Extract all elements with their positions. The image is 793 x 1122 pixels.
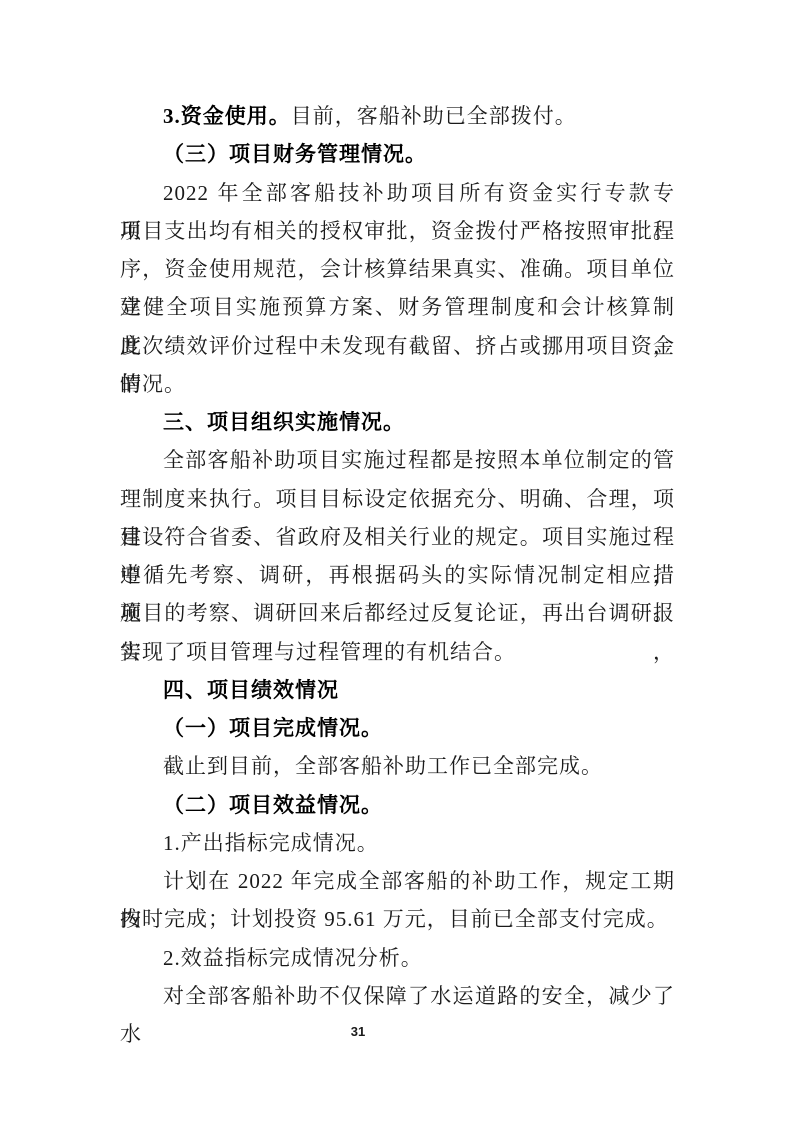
body-text: 2.效益指标完成情况分析。: [163, 946, 423, 970]
text-line: 四、项目绩效情况: [120, 671, 675, 709]
page-number: 31: [338, 1024, 378, 1039]
text-line: 计划在 2022 年完成全部客船的补助工作，规定工期内: [120, 862, 675, 900]
body-text: 实现了项目管理与过程管理的有机结合。: [120, 640, 516, 664]
body-text: 1.产出指标完成情况。: [163, 831, 379, 855]
text-line: 立健全项目实施预算方案、财务管理制度和会计核算制度，: [120, 288, 675, 326]
text-line: 3.资金使用。目前，客船补助已全部拨付。: [120, 97, 675, 135]
text-line: 三、项目组织实施情况。: [120, 403, 675, 441]
text-line: 遵循先考察、调研，再根据码头的实际情况制定相应措施。: [120, 556, 675, 594]
body-text: 目前，客船补助已全部拨付。: [291, 104, 577, 128]
document-page: 3.资金使用。目前，客船补助已全部拨付。（三）项目财务管理情况。2022 年全部…: [0, 0, 793, 1122]
text-line: 2.效益指标完成情况分析。: [120, 939, 675, 977]
document-body: 3.资金使用。目前，客船补助已全部拨付。（三）项目财务管理情况。2022 年全部…: [120, 97, 675, 1015]
text-line: 序，资金使用规范，会计核算结果真实、准确。项目单位建: [120, 250, 675, 288]
text-line: （三）项目财务管理情况。: [120, 135, 675, 173]
body-text: 截止到目前，全部客船补助工作已全部完成。: [163, 754, 603, 778]
text-line: 按时完成；计划投资 95.61 万元，目前已全部支付完成。: [120, 900, 675, 938]
heading-text: 三、项目组织实施情况。: [163, 410, 405, 434]
heading-text: 3.资金使用。: [163, 104, 291, 128]
text-line: 1.产出指标完成情况。: [120, 824, 675, 862]
body-text: 全部客船补助项目实施过程都是按照本单位制定的管: [163, 448, 675, 472]
text-line: 理制度来执行。项目目标设定依据充分、明确、合理，项目: [120, 480, 675, 518]
heading-text: （一）项目完成情况。: [163, 716, 383, 740]
text-line: 建设符合省委、省政府及相关行业的规定。项目实施过程中，: [120, 518, 675, 556]
text-line: （二）项目效益情况。: [120, 786, 675, 824]
text-line: 2022 年全部客船技补助项目所有资金实行专款专用。: [120, 174, 675, 212]
body-text: 对全部客船补助不仅保障了水运道路的安全，减少了水: [120, 984, 675, 1046]
text-line: 对全部客船补助不仅保障了水运道路的安全，减少了水: [120, 977, 675, 1015]
heading-text: （三）项目财务管理情况。: [163, 142, 427, 166]
text-line: 此次绩效评价过程中未发现有截留、挤占或挪用项目资金的: [120, 327, 675, 365]
text-line: （一）项目完成情况。: [120, 709, 675, 747]
body-text: 项目支出均有相关的授权审批，资金拨付严格按照审批程: [120, 219, 675, 243]
text-line: 项目支出均有相关的授权审批，资金拨付严格按照审批程: [120, 212, 675, 250]
text-line: 情况。: [120, 365, 675, 403]
text-line: 全部客船补助项目实施过程都是按照本单位制定的管: [120, 441, 675, 479]
body-text: 情况。: [120, 372, 186, 396]
text-line: 项目的考察、调研回来后都经过反复论证，再出台调研报告，: [120, 594, 675, 632]
text-line: 截止到目前，全部客船补助工作已全部完成。: [120, 747, 675, 785]
heading-text: （二）项目效益情况。: [163, 793, 383, 817]
body-text: 按时完成；计划投资 95.61 万元，目前已全部支付完成。: [120, 907, 669, 931]
heading-text: 四、项目绩效情况: [163, 678, 339, 702]
